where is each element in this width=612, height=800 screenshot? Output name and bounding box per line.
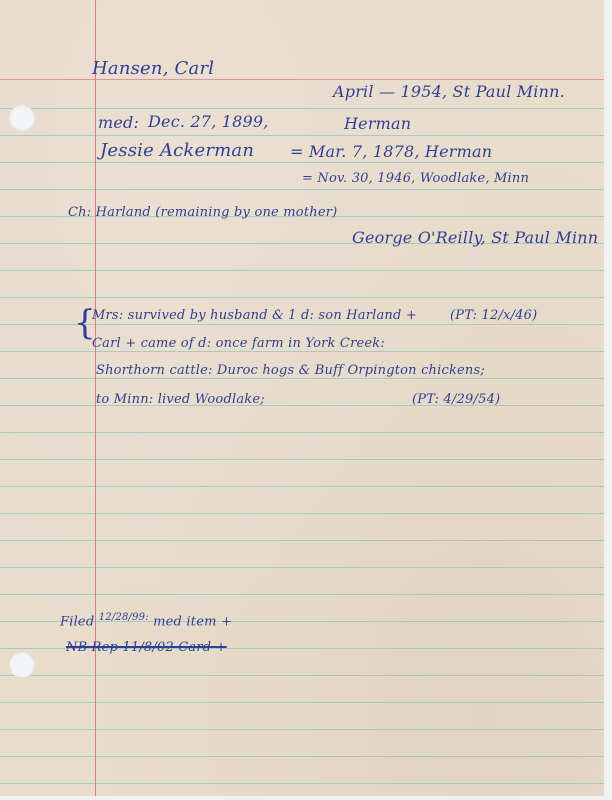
rule-line <box>0 702 604 703</box>
rule-line <box>0 783 604 784</box>
married-label: med: <box>98 113 139 132</box>
punch-hole-top <box>9 105 35 131</box>
notes-line-4: to Minn: lived Woodlake; <box>96 392 265 407</box>
rule-line <box>0 486 604 487</box>
struck-out-note: NB Rep 11/8/02 Card + <box>66 640 227 655</box>
rule-line <box>0 162 604 163</box>
rule-line <box>0 270 604 271</box>
rule-line <box>0 135 604 136</box>
spouse-name: Jessie Ackerman <box>100 140 254 161</box>
children-line: Ch: Harland (remaining by one mother) <box>68 205 337 220</box>
filed-date: 12/28/99: <box>99 612 149 623</box>
informant: George O'Reilly, St Paul Minn <box>352 228 598 247</box>
record-date-place: April — 1954, St Paul Minn. <box>333 82 565 101</box>
rule-line <box>0 513 604 514</box>
notes-ref-2: (PT: 4/29/54) <box>412 392 500 407</box>
filed-note: Filed 12/28/99: med item + <box>60 612 232 629</box>
rule-line <box>0 756 604 757</box>
scan-edge-bottom <box>0 796 612 800</box>
filed-suffix: med item + <box>153 614 232 629</box>
rule-line <box>0 297 604 298</box>
notes-line-2: Carl + came of d: once farm in York Cree… <box>92 336 385 351</box>
punch-hole-bottom <box>9 652 35 678</box>
scan-edge-right <box>604 0 612 800</box>
rule-line <box>0 378 604 379</box>
rule-line <box>0 540 604 541</box>
rule-line <box>0 432 604 433</box>
spouse-birth: = Mar. 7, 1878, Herman <box>290 142 492 161</box>
rule-line <box>0 567 604 568</box>
married-date: Dec. 27, 1899, <box>148 112 269 131</box>
notes-ref-1: (PT: 12/x/46) <box>450 308 537 323</box>
rule-line <box>0 189 604 190</box>
top-red-rule <box>0 79 604 80</box>
rule-line <box>0 108 604 109</box>
spouse-death: = Nov. 30, 1946, Woodlake, Minn <box>302 171 529 186</box>
filed-prefix: Filed <box>60 614 94 629</box>
notebook-page: Hansen, Carl April — 1954, St Paul Minn.… <box>0 0 604 796</box>
rule-line <box>0 351 604 352</box>
subject-name: Hansen, Carl <box>92 58 214 79</box>
married-place: Herman <box>344 114 411 133</box>
rule-line <box>0 594 604 595</box>
rule-line <box>0 729 604 730</box>
rule-line <box>0 405 604 406</box>
rule-line <box>0 459 604 460</box>
notes-line-3: Shorthorn cattle: Duroc hogs & Buff Orpi… <box>96 363 485 378</box>
notes-line-1: Mrs: survived by husband & 1 d: son Harl… <box>92 308 417 323</box>
rule-line <box>0 675 604 676</box>
